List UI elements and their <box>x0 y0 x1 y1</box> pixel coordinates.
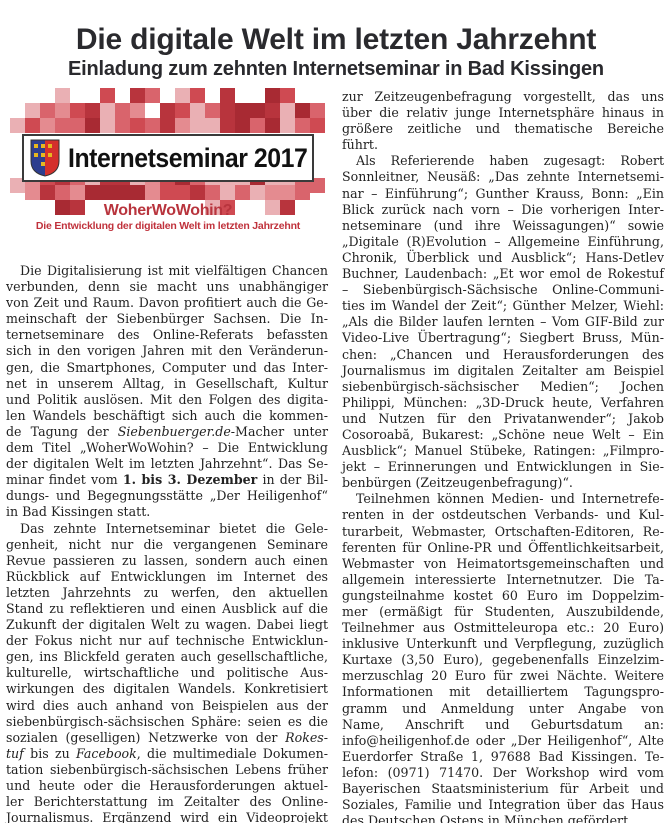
article-text-line: Revue passieren zu lassen, sondern auch … <box>6 553 328 569</box>
article-text-line: größere zeitliche und thematische Bereic… <box>342 121 664 137</box>
article-text-line: wird dies auch anhand von Beispielen aus… <box>6 698 328 714</box>
mosaic-pixel <box>220 118 235 133</box>
mosaic-pixel <box>250 118 265 133</box>
italic-term: tuf <box>6 746 24 761</box>
article-text-line: zur Zeitzeugenbefragung vorgestellt, das… <box>342 89 664 105</box>
article-text-line: und Nutzen für den Privatanwender“; Jako… <box>342 411 664 427</box>
mosaic-pixel <box>160 103 175 118</box>
mosaic-pixel <box>190 185 205 200</box>
mosaic-pixel <box>265 118 280 133</box>
mosaic-pixel <box>100 118 115 133</box>
article-text-line: lefon: (0971) 71470. Der Workshop wird v… <box>342 765 664 781</box>
mosaic-pixel <box>100 88 115 103</box>
mosaic-pixel <box>25 185 40 200</box>
banner-tagline: Die Entwicklung der digitalen Welt im le… <box>0 219 336 233</box>
mosaic-pixel <box>175 185 190 200</box>
mosaic-pixel <box>130 103 145 118</box>
article-text-line: netseminare (und ihre Weissagungen)“ sow… <box>342 218 664 234</box>
article-text-line: siebenbürgisch-sächsischer Medien“; Joch… <box>342 379 664 395</box>
mosaic-pixel <box>265 103 280 118</box>
article-text-line: „Digitale (R)Evolution – Allgemeine Einf… <box>342 234 664 250</box>
mosaic-pixel <box>55 103 70 118</box>
article-text-line: turarbeit, Webmaster, Ortschaften-Editor… <box>342 524 664 540</box>
article-text-line: Rückblick auf Entwicklungen im Internet … <box>6 569 328 585</box>
banner-title-box: Internetseminar 2017 <box>22 134 314 182</box>
text-run: in der Bil- <box>257 472 328 487</box>
seminar-banner-image: Internetseminar 2017 WoherWoWohin? Die E… <box>0 80 336 235</box>
mosaic-pixel <box>190 118 205 133</box>
article-text-line: über die relativ junge Internetsphäre hi… <box>342 105 664 121</box>
article-text-line: Webmaster von Heimatortsgemeinschaften u… <box>342 556 664 572</box>
article-text-line: und Politik auslösen. Mit den Folgen des… <box>6 392 328 408</box>
article-text-line: Philippi, München: „3D-Druck heute, Verf… <box>342 395 664 411</box>
article-text-line: Cosoroabă, Bukarest: „Schöne neue Welt –… <box>342 427 664 443</box>
mosaic-pixel <box>295 118 310 133</box>
article-text-line: Bayerischen Staatsministerium für Arbeit… <box>342 781 664 797</box>
article-text-line: von Zeit und Raum. Davon profitiert auch… <box>6 295 328 311</box>
mosaic-pixel <box>205 103 220 118</box>
article-subheadline: Einladung zum zehnten Internetseminar in… <box>0 56 672 82</box>
mosaic-pixel <box>145 88 160 103</box>
article-text-line: len Wandels beschäftigt sich auch die ko… <box>6 408 328 424</box>
mosaic-pixel <box>220 185 235 200</box>
mosaic-pixel <box>310 118 325 133</box>
mosaic-pixel <box>250 185 265 200</box>
article-text-line: Video-Live Übertragung“; Siegbert Bruss,… <box>342 330 664 346</box>
mosaic-pixel <box>25 118 40 133</box>
mosaic-pixel <box>85 185 100 200</box>
article-text-line: tation siebenbürgisch-sächsischen Lebens… <box>6 762 328 778</box>
mosaic-pixel <box>280 118 295 133</box>
mosaic-pixel <box>55 88 70 103</box>
mosaic-pixel <box>100 103 115 118</box>
article-text-line: gen, die Smartphones, Computer und das I… <box>6 360 328 376</box>
article-text-line: Euerdorfer Straße 1, 97688 Bad Kissingen… <box>342 749 664 765</box>
mosaic-pixel <box>235 103 250 118</box>
article-text-line: Zukunft der digitalen Welt zu wagen. Dab… <box>6 617 328 633</box>
article-text-line: inklusive Unterkunft und Verpflegung, zu… <box>342 636 664 652</box>
mosaic-pixel <box>115 118 130 133</box>
mosaic-pixel <box>160 185 175 200</box>
mosaic-pixel <box>280 88 295 103</box>
article-text-line: letzten Jahrzehnts zu werfen, den aktuel… <box>6 585 328 601</box>
article-text-line: Teilnehmen können Medien- und Internetre… <box>342 491 664 507</box>
article-text-line: Kurtaxe (3,50 Euro), gegebenenfalls Einz… <box>342 652 664 668</box>
article-text-line: gen, ins Blickfeld geraten auch gesellsc… <box>6 649 328 665</box>
bold-date: 1. bis 3. Dezember <box>123 472 257 487</box>
article-text-line: führt. <box>342 137 664 153</box>
mosaic-pixel <box>40 185 55 200</box>
article-text-line: Journalismus. Ergänzend wird ein Videopr… <box>6 810 328 823</box>
article-text-line: de Tagung der Siebenbuerger.de-Macher un… <box>6 424 328 440</box>
mosaic-pixel <box>145 118 160 133</box>
article-text-line: kulturelle, wirtschaftliche und politisc… <box>6 665 328 681</box>
mosaic-pixel <box>130 185 145 200</box>
article-text-line: ternetseminare des Online-Referats befas… <box>6 327 328 343</box>
article-text-line: sich in den vorigen Jahren mit den Verän… <box>6 343 328 359</box>
italic-term: Siebenbuerger.de <box>118 424 231 439</box>
article-text-line: jekt – Erinnerungen und Entwicklungen in… <box>342 459 664 475</box>
mosaic-pixel <box>10 118 25 133</box>
text-run: sozialen (geselligen) Netzwerke von der <box>6 730 285 745</box>
mosaic-pixel <box>85 118 100 133</box>
article-text-line: allgemein interessierte Internetnutzer. … <box>342 572 664 588</box>
article-text-line: renten in der ostdeutschen Verbands- und… <box>342 507 664 523</box>
article-text-line: in Bad Kissingen statt. <box>6 504 328 520</box>
article-text-line: nar – Einführung“; Gunther Krauss, Bonn:… <box>342 186 664 202</box>
mosaic-pixel <box>115 185 130 200</box>
mosaic-pixel <box>280 103 295 118</box>
mosaic-pixel <box>205 118 220 133</box>
mosaic-pixel <box>310 103 325 118</box>
banner-slogan: WoherWoWohin? <box>0 202 336 220</box>
mosaic-pixel <box>130 88 145 103</box>
text-run: -Macher unter <box>231 424 328 439</box>
article-text-line: mer (ermäßigt für Studenten, Auszubilden… <box>342 604 664 620</box>
article-text-line: gramm und Anmeldung unter Angabe von <box>342 701 664 717</box>
article-text-line: – Siebenbürgisch-Sächsische Online-Commu… <box>342 282 664 298</box>
mosaic-pixel <box>70 103 85 118</box>
mosaic-pixel <box>55 118 70 133</box>
article-text-line: Informationen mit detailliertem Tagungsp… <box>342 684 664 700</box>
mosaic-pixel <box>295 185 310 200</box>
mosaic-pixel <box>175 88 190 103</box>
article-text-line: des Deutschen Ostens in München geförder… <box>342 813 664 823</box>
mosaic-pixel <box>295 103 310 118</box>
article-text-line: sozialen (geselligen) Netzwerke von der … <box>6 730 328 746</box>
article-text-line: Buchner, Laudenbach: „Et wor emol de Rok… <box>342 266 664 282</box>
article-text-line: wirkungen des digitalen Wandels. Konkret… <box>6 681 328 697</box>
article-text-line: tuf bis zu Facebook, die multimediale Do… <box>6 746 328 762</box>
mosaic-pixel <box>40 118 55 133</box>
article-text-line: Teilnehmer aus Ostmitteleuropa etc.: 20 … <box>342 620 664 636</box>
article-text-line: chen: „Chancen und Herausforderungen des <box>342 347 664 363</box>
article-text-line: Das zehnte Internetseminar bietet die Ge… <box>6 521 328 537</box>
article-text-line: gungsteilnahme kostet 60 Euro im Doppelz… <box>342 588 664 604</box>
text-run: de Tagung der <box>6 424 118 439</box>
mosaic-pixel <box>40 103 55 118</box>
article-text-line: siebenbürgisch-sächsischen Sphäre: seien… <box>6 714 328 730</box>
article-text-line: Die Digitalisierung ist mit vielfältigen… <box>6 263 328 279</box>
mosaic-pixel <box>265 185 280 200</box>
article-text-line: Ausblick“; Manuel Stübeke, Ratingen: „Fi… <box>342 443 664 459</box>
mosaic-pixel <box>190 88 205 103</box>
article-text-line: minar findet vom 1. bis 3. Dezember in d… <box>6 472 328 488</box>
article-text-line: dem Titel „WoherWoWohin? – Die Entwicklu… <box>6 440 328 456</box>
article-text-line: „Als die Bilder laufen lernten – Vom GIF… <box>342 314 664 330</box>
article-text-line: meinschaft der Siebenbürger Sachsen. Die… <box>6 311 328 327</box>
text-run: bis zu <box>24 746 76 761</box>
article-text-line: Soziales, Familie und Integration über d… <box>342 797 664 813</box>
mosaic-pixel <box>70 185 85 200</box>
mosaic-pixel <box>115 103 130 118</box>
mosaic-pixel <box>85 103 100 118</box>
mosaic-pixel <box>160 118 175 133</box>
article-column-right: zur Zeitzeugenbefragung vorgestellt, das… <box>342 89 664 823</box>
article-text-line: Chronik, Überblick und Ausblick“; Hans-D… <box>342 250 664 266</box>
mosaic-pixel <box>130 118 145 133</box>
mosaic-pixel <box>235 118 250 133</box>
mosaic-pixel <box>55 185 70 200</box>
article-text-line: verbunden, denn sie macht uns unabhängig… <box>6 279 328 295</box>
article-text-line: ferenten für Online-PR und Öffentlichkei… <box>342 540 664 556</box>
article-text-line: und heute oder die Herausforderungen akt… <box>6 778 328 794</box>
text-run: minar findet vom <box>6 472 123 487</box>
italic-term: Rokes- <box>285 730 328 745</box>
text-run: , die multimediale Dokumen- <box>137 746 328 761</box>
mosaic-pixel <box>175 103 190 118</box>
article-text-line: ler Berichterstattung im Zeitalter des O… <box>6 794 328 810</box>
mosaic-pixel <box>100 185 115 200</box>
article-text-line: merzuschlag 20 Euro für zwei Nächte. Wei… <box>342 668 664 684</box>
article-text-line: Sonnleitner, Neusäß: „Das zehnte Interne… <box>342 169 664 185</box>
mosaic-pixel <box>220 103 235 118</box>
mosaic-pixel <box>205 185 220 200</box>
article-column-left: Die Digitalisierung ist mit vielfältigen… <box>6 263 328 823</box>
italic-term: Facebook <box>76 746 137 761</box>
article-text-line: der digitalen Welt im letzten Jahrzehnt“… <box>6 456 328 472</box>
article-text-line: genheit, nicht nur die vergangenen Semin… <box>6 537 328 553</box>
mosaic-pixel <box>250 103 265 118</box>
article-text-line: ties im Wandel der Zeit“; Günther Melzer… <box>342 298 664 314</box>
article-text-line: Blick zurück nach vorn – Die vorherigen … <box>342 202 664 218</box>
mosaic-pixel <box>70 118 85 133</box>
article-text-line: dungs- und Begegnungsstätte „Der Heilige… <box>6 488 328 504</box>
article-text-line: der Fokus nicht nur auf technische Entwi… <box>6 633 328 649</box>
article-text-line: Journalismus im digitalen Zeitalter am B… <box>342 363 664 379</box>
mosaic-pixel <box>145 185 160 200</box>
mosaic-pixel <box>220 88 235 103</box>
mosaic-pixel <box>280 185 295 200</box>
article-text-line: net in unserem Alltag, in Gesellschaft, … <box>6 376 328 392</box>
article-text-line: Als Referierende haben zugesagt: Robert <box>342 153 664 169</box>
mosaic-pixel <box>235 185 250 200</box>
article-text-line: info@heiligenhof.de oder „Der Heiligenho… <box>342 733 664 749</box>
coat-of-arms-icon <box>30 139 60 177</box>
article-text-line: Name, Anschrift und Geburtsdatum an: <box>342 717 664 733</box>
mosaic-pixel <box>265 88 280 103</box>
article-text-line: benbürgen (Zeitzeugenbefragung)“. <box>342 475 664 491</box>
article-text-line: Stand zu reflektieren und einen Ausblick… <box>6 601 328 617</box>
banner-title: Internetseminar 2017 <box>68 143 307 174</box>
mosaic-pixel <box>190 103 205 118</box>
mosaic-pixel <box>25 103 40 118</box>
article-headline: Die digitale Welt im letzten Jahrzehnt <box>0 22 672 58</box>
mosaic-pixel <box>175 118 190 133</box>
